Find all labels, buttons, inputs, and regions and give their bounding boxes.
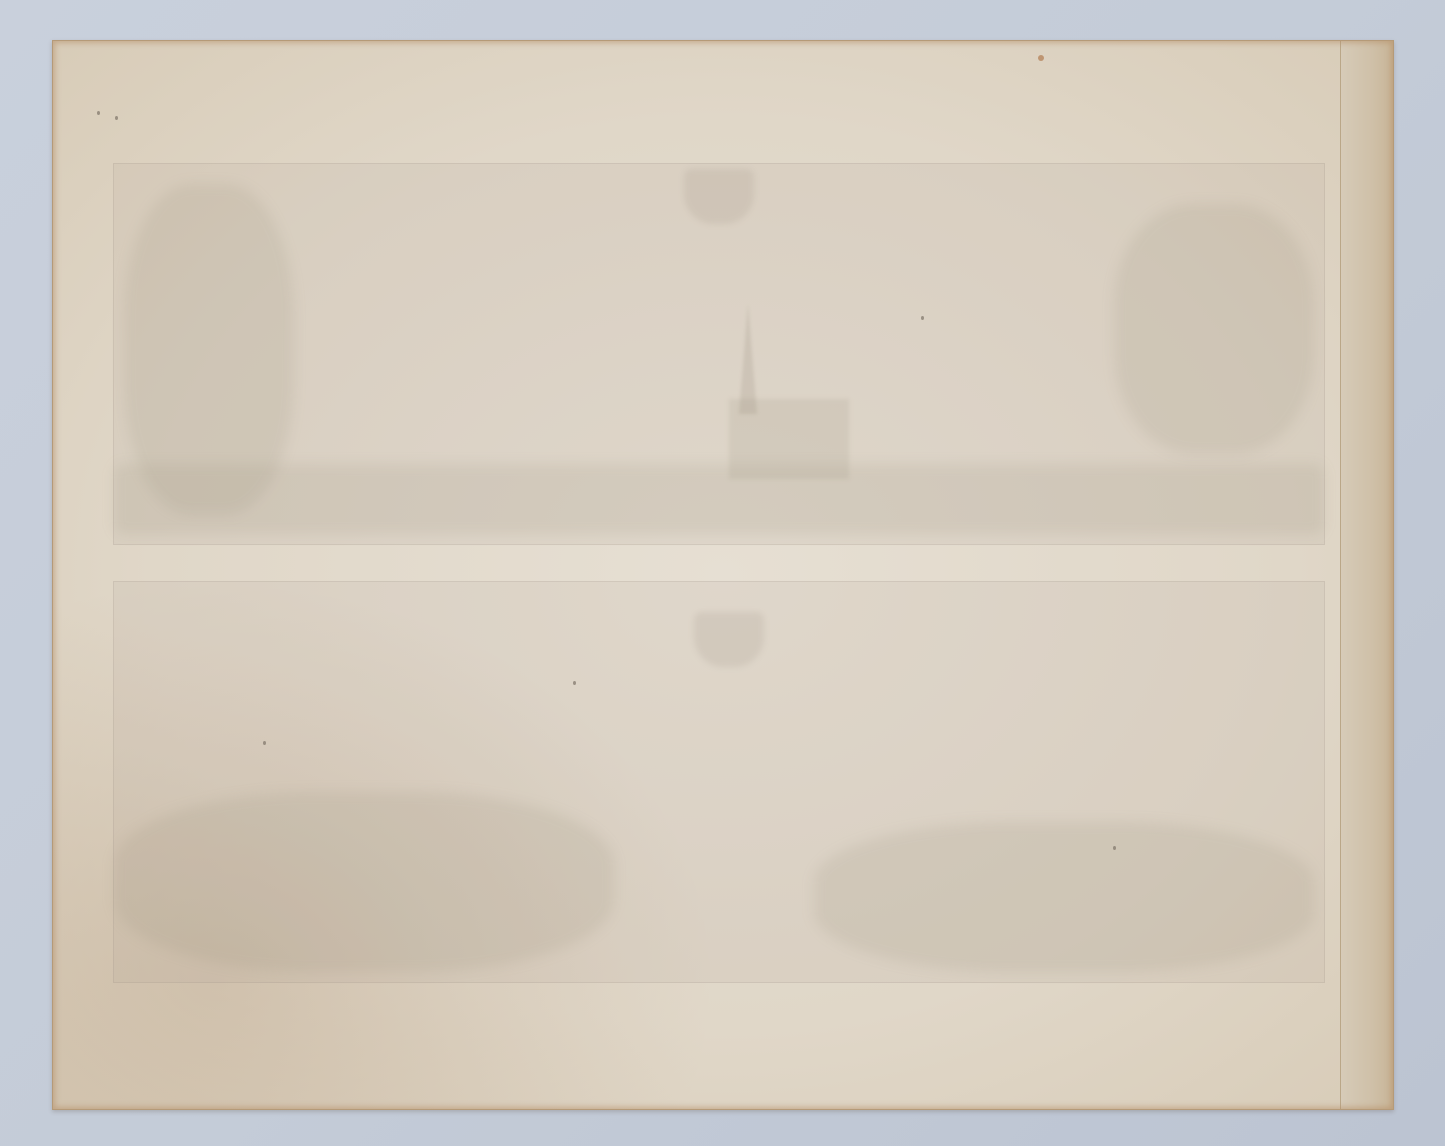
coat-of-arms-bottom: [694, 612, 764, 667]
deckle-edge: [1340, 41, 1393, 1109]
show-through-panel-bottom: [113, 581, 1325, 983]
foxing-spot: [97, 111, 100, 115]
foxing-spot: [921, 316, 924, 320]
foxing-spot: [1038, 55, 1044, 61]
foxing-spot: [1113, 846, 1116, 850]
landscape-hill-left: [114, 792, 614, 972]
tree-silhouette-right: [1114, 204, 1314, 454]
coat-of-arms-top: [684, 169, 754, 224]
foxing-spot: [573, 681, 576, 685]
show-through-panel-top: [113, 163, 1325, 545]
landscape-hill-right: [814, 822, 1314, 972]
church-spire: [739, 304, 757, 414]
foxing-spot: [263, 741, 266, 745]
foxing-spot: [115, 116, 118, 120]
paper-sheet: [52, 40, 1394, 1110]
foreground-strip-top: [114, 464, 1324, 534]
